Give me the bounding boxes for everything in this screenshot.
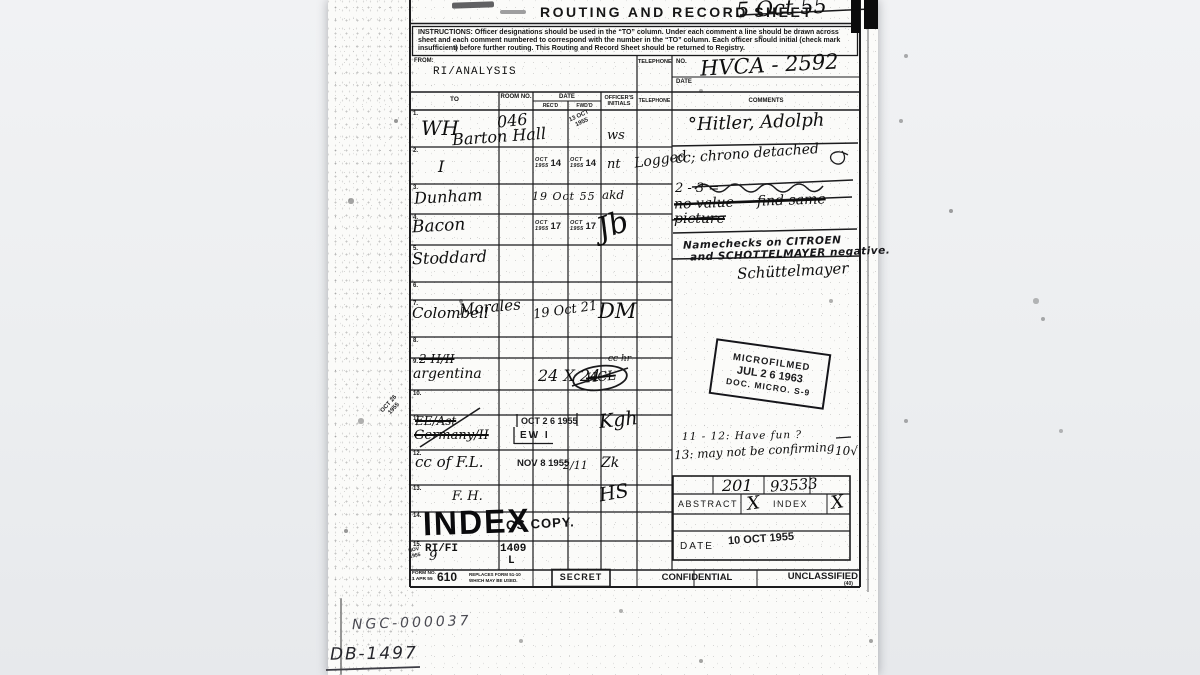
- entry-to-11c: EW I: [520, 430, 550, 441]
- entry-room-1: 046: [496, 109, 528, 131]
- comment-3-prefix: 2 - 3 =: [675, 181, 719, 196]
- box-201-value: 201: [722, 476, 753, 495]
- entry-to-4: Bacon: [412, 215, 466, 238]
- entry-room-15a: 1409: [500, 543, 526, 555]
- date-stamp-row2-recd: OCT1955 14: [535, 157, 561, 169]
- margin-ref-2: DB-1497: [330, 643, 418, 665]
- entry-to-9b: argentina: [413, 366, 482, 382]
- col-comments: COMMENTS: [672, 98, 860, 104]
- row15-date-stamp: NOV 1955: [408, 547, 421, 560]
- col-initials: OFFICER'S INITIALS: [601, 95, 637, 107]
- stamp-year: 1955: [535, 226, 548, 232]
- form-number: 610: [437, 570, 457, 584]
- stamp-day: 17: [550, 221, 561, 232]
- row-number: 8.: [413, 338, 418, 344]
- stamp-day: 14: [550, 158, 561, 169]
- row-number: 1.: [413, 111, 418, 117]
- instructions-body: Officer designations should be used in t…: [418, 29, 840, 52]
- entry-initials-11-signature: Kgh: [598, 407, 639, 433]
- from-telephone-label: TELEPHONE: [638, 59, 671, 65]
- index-x-mark: X: [830, 491, 846, 514]
- entry-to-9-struck: 2 H/II: [419, 352, 454, 366]
- col-recd: REC'D: [533, 103, 568, 109]
- secret-marking: SECRET: [552, 572, 610, 582]
- box-93533-value: 93533: [769, 474, 818, 495]
- stamp-day: 14: [585, 158, 596, 169]
- replaces-line2: WHICH MAY BE USED.: [469, 578, 518, 583]
- row-number: 6.: [413, 283, 418, 289]
- date-stamp-row4-recd: OCT1955 17: [535, 220, 561, 232]
- scan-smudge: [500, 10, 526, 14]
- entry-to-3: Dunham: [414, 185, 483, 208]
- stamp-year: 1955: [570, 226, 583, 232]
- date-label: DATE: [676, 79, 692, 85]
- from-value: RI/ANALYSIS: [433, 66, 517, 78]
- entry-initials-3: akd: [602, 188, 624, 202]
- row-number: 13.: [413, 486, 421, 492]
- confidential-marking: CONFIDENTIAL: [637, 572, 757, 583]
- date-stamp-row2-fwdd: OCT1955 14: [570, 157, 596, 169]
- form-no-date: 1 APR 55: [412, 577, 433, 582]
- no-label: NO.: [676, 59, 687, 65]
- entry-date2-12: 2/11: [563, 459, 588, 472]
- row-number: 14.: [413, 513, 421, 519]
- abstract-x-mark: X: [746, 492, 762, 515]
- stamp-nov-8-1955: NOV 8 1955: [517, 458, 569, 469]
- entry-room-15b: L: [508, 555, 515, 567]
- box-date-label: DATE: [680, 541, 714, 552]
- page-note: (40): [844, 581, 853, 587]
- replaces-line1: REPLACES FORM 51-10: [469, 572, 521, 577]
- entry-initials-9-circled: HCL: [585, 368, 616, 386]
- entry-hw-15: 9: [429, 549, 437, 564]
- entry-to-11-struck: EE/Ast: [415, 414, 456, 428]
- stamp-oct-26-1955: OCT 2 6 1955: [521, 416, 578, 426]
- stamp-year: 1955: [570, 163, 583, 169]
- row-number: 9.: [413, 359, 418, 365]
- instructions-text: INSTRUCTIONS: Officer designations shoul…: [418, 29, 852, 54]
- scanned-document-page: ROUTING AND RECORD SHEET 5 Oct 55 INSTRU…: [0, 0, 1200, 675]
- form-title: ROUTING AND RECORD SHEET: [540, 4, 740, 20]
- comment-note-2b: 10√: [835, 444, 858, 458]
- entry-initials-12: Zk: [601, 455, 619, 471]
- entry-initials-7: DM: [598, 299, 636, 323]
- col-room: ROOM NO.: [499, 94, 533, 101]
- entry-to-12: cc of F.L.: [415, 453, 484, 471]
- instructions-label: INSTRUCTIONS:: [418, 29, 473, 36]
- row-number: 2.: [413, 148, 418, 154]
- comment-5-struck: picture: [674, 211, 725, 227]
- col-date: DATE: [533, 94, 601, 100]
- abstract-label: ABSTRACT: [678, 499, 738, 509]
- col-telephone: TELEPHONE: [637, 98, 672, 104]
- comment-note-1: 11 - 12: Have fun ?: [682, 429, 802, 443]
- scan-corner-mark: [851, 0, 860, 33]
- entry-note-9: cc hr: [608, 354, 631, 364]
- col-fwdd: FWD'D: [568, 103, 601, 109]
- stamp-year: 1955: [535, 163, 548, 169]
- entry-to-11b-struck: Germany/II: [414, 428, 489, 443]
- scan-corner-mark: [864, 0, 878, 29]
- from-label: FROM:: [414, 58, 434, 64]
- entry-recd-3: 19 Oct 55: [532, 190, 596, 203]
- entry-to-2: I: [438, 157, 444, 176]
- index-label: INDEX: [773, 499, 808, 509]
- entry-initials-2: nt: [607, 157, 621, 172]
- col-to: TO: [410, 96, 499, 103]
- entry-initials-1: ws: [607, 128, 625, 143]
- row-number: 10.: [413, 391, 421, 397]
- entry-to-13: F. H.: [452, 489, 483, 504]
- entry-to-5: Stoddard: [412, 247, 488, 269]
- form-no-label: FORM NO.: [412, 571, 436, 576]
- date-stamp-row4-fwdd: OCT1955 17: [570, 220, 596, 232]
